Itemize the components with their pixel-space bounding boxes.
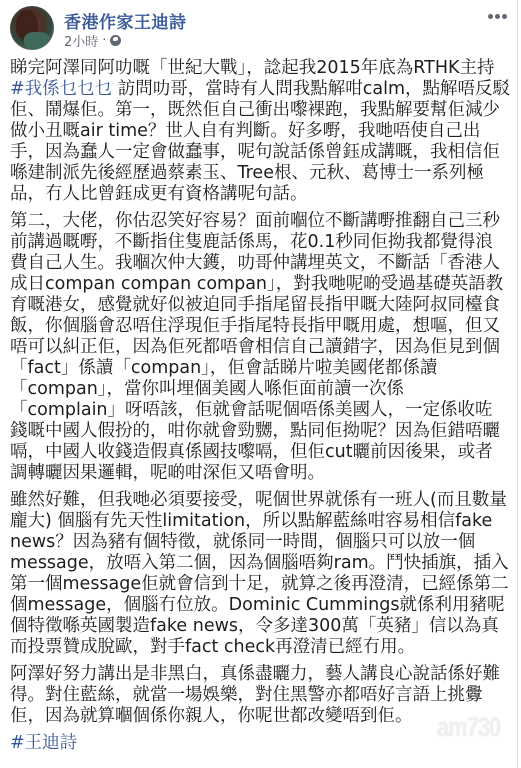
paragraph-2: 第二，大佬，你估忍笑好容易？面前嗰位不斷講嘢推翻自己三秒前講過嘅嘢，不斷指住隻鹿… xyxy=(10,211,510,484)
paragraph-4: 阿澤好努力講出是非黑白，真係盡曬力，藝人講良心說話係好難得。對住藍絲，就當一場娛… xyxy=(10,664,510,727)
paragraph-1: 睇完阿澤同阿叻嘅「世紀大戰」，諗起我2015年底為RTHK主持 #我係乜乜乜 訪… xyxy=(10,58,510,205)
post-meta: 2小時 · xyxy=(64,31,121,50)
author-name[interactable]: 香港作家王迪詩 xyxy=(64,8,187,33)
watermark-logo: am730 xyxy=(437,712,500,743)
dot-icon xyxy=(495,14,500,19)
hashtag-link[interactable]: #我係乜乜乜 xyxy=(10,79,112,99)
footer-hashtag-line: #王迪詩 xyxy=(10,733,510,754)
post-header: 香港作家王迪詩 2小時 · xyxy=(10,6,517,52)
post-timestamp[interactable]: 2小時 xyxy=(64,31,98,50)
post-body: 睇完阿澤同阿叻嘅「世紀大戰」，諗起我2015年底為RTHK主持 #我係乜乜乜 訪… xyxy=(10,58,510,760)
paragraph-3: 雖然好難，但我哋必須要接受，呢個世界就係有一班人(而且數量龐大) 個腦有先天性l… xyxy=(10,490,510,658)
paragraph-text: 睇完阿澤同阿叻嘅「世紀大戰」，諗起我2015年底為RTHK主持 xyxy=(10,58,495,78)
facebook-post: 香港作家王迪詩 2小時 · 睇完阿澤同阿叻嘅「世紀大戰」，諗起我2015年底為R… xyxy=(0,0,518,768)
globe-icon[interactable] xyxy=(110,35,121,46)
avatar[interactable] xyxy=(10,6,54,50)
dot-icon xyxy=(488,14,493,19)
dot-icon xyxy=(502,14,507,19)
hashtag-link[interactable]: #王迪詩 xyxy=(10,733,77,753)
more-options-button[interactable] xyxy=(488,14,507,19)
meta-separator: · xyxy=(102,33,106,48)
